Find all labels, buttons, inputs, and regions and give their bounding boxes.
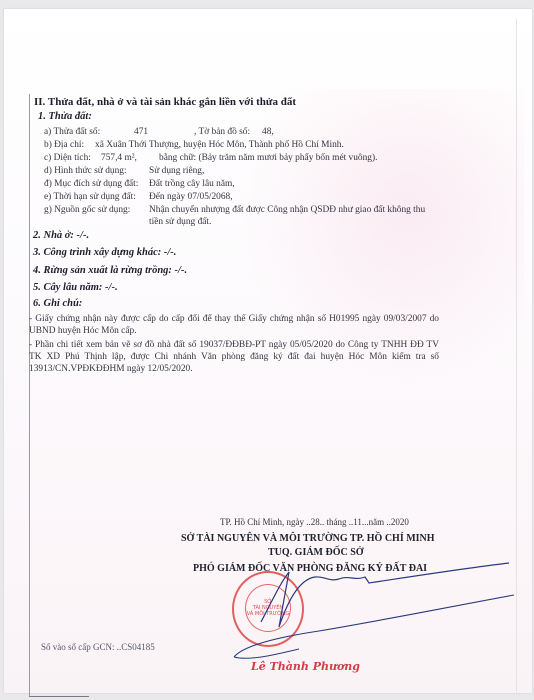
notes-heading: 6. Ghi chú: <box>33 298 82 309</box>
section-title: II. Thửa đất, nhà ở và tài sản khác gắn … <box>34 96 296 108</box>
address-label: b) Địa chỉ: <box>44 140 84 150</box>
term-value: Đến ngày 07/05/2068, <box>149 192 233 202</box>
signer-name: Lê Thành Phương <box>251 660 360 673</box>
use-form-label: d) Hình thức sử dụng: <box>44 166 127 176</box>
map-sheet-label: , Tờ bản đồ số: <box>194 127 250 137</box>
map-sheet-value: 48, <box>262 127 274 137</box>
perennial-item: 5. Cây lâu năm: -/-. <box>33 282 118 293</box>
certificate-page: II. Thửa đất, nhà ở và tài sản khác gắn … <box>4 9 532 693</box>
parcel-no-label: a) Thửa đất số: <box>44 127 100 137</box>
note-1: - Giấy chứng nhận này được cấp do cấp đổ… <box>29 313 439 337</box>
purpose-value: Đất trồng cây lâu năm, <box>149 179 235 189</box>
house-item: 2. Nhà ở: -/-. <box>33 230 89 241</box>
land-heading: 1. Thửa đất: <box>38 111 92 122</box>
use-form-value: Sử dụng riêng, <box>149 166 204 176</box>
page-border-bottom <box>29 696 89 697</box>
origin-line-1: Nhận chuyển nhượng đất được Công nhận QS… <box>149 205 425 215</box>
area-label: c) Diện tích: <box>44 153 91 163</box>
origin-line-2: tiền sử dụng đất. <box>149 217 211 227</box>
page-border-left <box>29 94 30 696</box>
address-value: xã Xuân Thới Thượng, huyện Hóc Môn, Thàn… <box>95 140 344 150</box>
purpose-label: đ) Mục đích sử dụng đất: <box>44 179 138 189</box>
other-construction-item: 3. Công trình xây dựng khác: -/-. <box>33 247 176 258</box>
issue-register-number: Số vào sổ cấp GCN: ..CS04185 <box>41 642 155 652</box>
area-words: bằng chữ: (Bảy trăm năm mươi bảy phẩy bố… <box>159 153 377 163</box>
forest-item: 4. Rừng sản xuất là rừng trồng: -/-. <box>33 265 187 276</box>
origin-label: g) Nguồn gốc sử dụng: <box>44 205 130 215</box>
term-label: e) Thời hạn sử dụng đất: <box>44 192 136 202</box>
department-name: SỞ TÀI NGUYÊN VÀ MÔI TRƯỜNG TP. HỒ CHÍ M… <box>181 533 435 544</box>
area-value: 757,4 m², <box>101 153 137 163</box>
parcel-no-value: 471 <box>134 127 148 137</box>
place-date: TP. Hồ Chí Minh, ngày ..28.. tháng ..11.… <box>220 517 409 527</box>
note-2: - Phần chi tiết xem bản vẽ sơ đồ nhà đất… <box>29 339 439 375</box>
handwritten-signature <box>219 557 519 667</box>
